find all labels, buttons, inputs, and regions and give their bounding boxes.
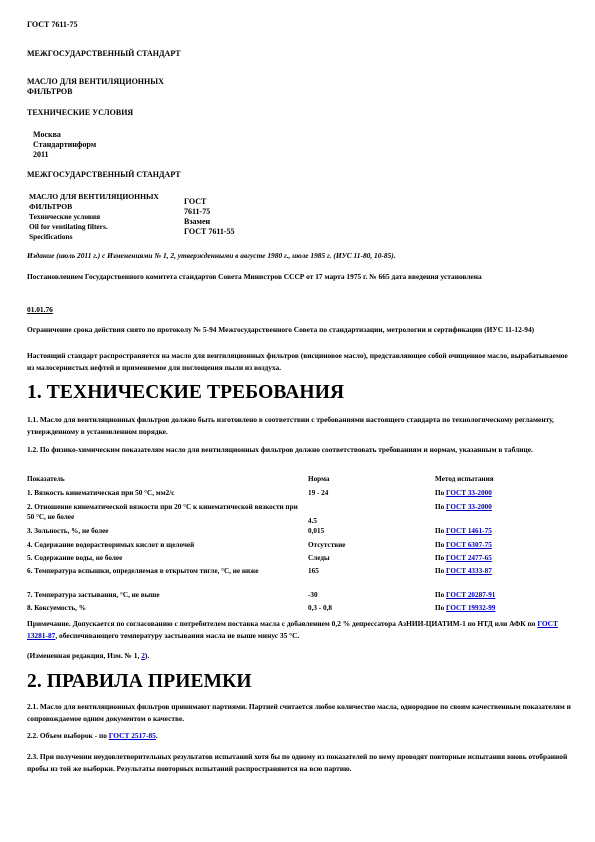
row-indicator: 1. Вязкость кинематическая при 50 °С, мм… — [27, 488, 308, 502]
gost-link[interactable]: ГОСТ 33-2000 — [446, 489, 492, 497]
row-norm: Отсутствие — [308, 540, 435, 553]
row-indicator: 3. Зольность, %, не более — [27, 526, 308, 540]
row-norm: -30 — [308, 590, 435, 603]
row-norm: 4.5 — [308, 516, 435, 526]
header-right-replaces: Взамен — [184, 217, 210, 227]
table-row: 7. Температура застывания, °С, не выше -… — [27, 590, 572, 603]
gost-link[interactable]: ГОСТ 20287-91 — [446, 591, 495, 599]
gost-link[interactable]: ГОСТ 6307-75 — [446, 541, 492, 549]
table-header-row: Показатель Норма Метод испытания — [27, 474, 572, 488]
col-header-norm: Норма — [308, 474, 435, 488]
edition-note: Издание (июль 2011 г.) с Изменениями № 1… — [27, 250, 572, 262]
note-text: Примечание. Допускается по согласованию … — [27, 619, 537, 628]
header-title-line1: МАСЛО ДЛЯ ВЕНТИЛЯЦИОННЫХ — [29, 192, 159, 202]
row-indicator: 8. Коксуемость, % — [27, 603, 308, 616]
row-method: По ГОСТ 33-2000 — [435, 502, 572, 526]
method-prefix: По — [435, 527, 444, 535]
gost-link[interactable]: ГОСТ 2517-85 — [109, 731, 156, 740]
cover-title-line2: ФИЛЬТРОВ — [27, 87, 72, 97]
section2-heading: 2. ПРАВИЛА ПРИЕМКИ — [27, 671, 252, 693]
method-prefix: По — [435, 489, 444, 497]
row-norm: 0,3 - 0,8 — [308, 603, 435, 616]
section2-p2: 2.2. Объем выборок - по ГОСТ 2517-85. — [27, 730, 572, 742]
table-row: 3. Зольность, %, не более 0,015 По ГОСТ … — [27, 526, 572, 540]
table-row: 5. Содержание воды, не более Следы По ГО… — [27, 553, 572, 566]
gost-link[interactable]: ГОСТ 1461-75 — [446, 527, 492, 535]
validity-note: Ограничение срока действия снято по прот… — [27, 324, 572, 336]
requirements-table: Показатель Норма Метод испытания 1. Вязк… — [27, 474, 572, 616]
row-norm: 165 — [308, 566, 435, 590]
header-title-en-line1: Oil for ventilating filters. — [29, 222, 108, 232]
table-row: 8. Коксуемость, % 0,3 - 0,8 По ГОСТ 1993… — [27, 603, 572, 616]
col-header-method: Метод испытания — [435, 474, 572, 488]
method-prefix: По — [435, 503, 444, 511]
method-prefix: По — [435, 554, 444, 562]
table-row: 4. Содержание водорастворимых кислот и щ… — [27, 540, 572, 553]
revision-text: (Измененная редакция, Изм. № 1, — [27, 651, 141, 660]
cover-title-line1: МАСЛО ДЛЯ ВЕНТИЛЯЦИОННЫХ — [27, 77, 164, 87]
col-header-indicator: Показатель — [27, 474, 308, 488]
row-method: По ГОСТ 19932-99 — [435, 603, 572, 616]
table-row: 1. Вязкость кинематическая при 50 °С, мм… — [27, 488, 572, 502]
method-prefix: По — [435, 567, 444, 575]
cover-subtitle: ТЕХНИЧЕСКИЕ УСЛОВИЯ — [27, 108, 133, 118]
section1-heading: 1. ТЕХНИЧЕСКИЕ ТРЕБОВАНИЯ — [27, 382, 344, 404]
header-title-en-line2: Specifications — [29, 232, 73, 242]
table-row: 2. Отношение кинематической вязкости при… — [27, 502, 572, 526]
revision-note: (Измененная редакция, Изм. № 1, 2). — [27, 650, 572, 662]
header-title-ru-sub: Технические условия — [29, 212, 100, 222]
note-text-end: , обеспечивающего температуру застывания… — [55, 631, 299, 640]
document-page: ГОСТ 7611-75 МЕЖГОСУДАРСТВЕННЫЙ СТАНДАРТ… — [0, 0, 595, 842]
row-norm: 19 - 24 — [308, 488, 435, 502]
method-prefix: По — [435, 591, 444, 599]
section2-p3: 2.3. При получении неудовлетворительных … — [27, 751, 572, 774]
table-note: Примечание. Допускается по согласованию … — [27, 618, 572, 641]
section2-p1: 2.1. Масло для вентиляционных фильтров п… — [27, 701, 572, 724]
row-method: По ГОСТ 2477-65 — [435, 553, 572, 566]
cover-standard-type: МЕЖГОСУДАРСТВЕННЫЙ СТАНДАРТ — [27, 49, 181, 59]
row-method: По ГОСТ 4333-87 — [435, 566, 572, 590]
cover-city: Москва — [33, 130, 61, 140]
header-right-old-gost: ГОСТ 7611-55 — [184, 227, 235, 237]
header-right-number: 7611-75 — [184, 207, 210, 217]
p2-text-end: . — [156, 731, 158, 740]
doc-code: ГОСТ 7611-75 — [27, 20, 78, 30]
row-indicator: 7. Температура застывания, °С, не выше — [27, 590, 308, 603]
section1-p1: 1.1. Масло для вентиляционных фильтров д… — [27, 414, 572, 437]
intro-date: 01.01.76 — [27, 304, 572, 316]
p2-text: 2.2. Объем выборок - по — [27, 731, 109, 740]
gost-link[interactable]: ГОСТ 33-2000 — [446, 503, 492, 511]
method-prefix: По — [435, 604, 444, 612]
scope-text: Настоящий стандарт распространяется на м… — [27, 350, 572, 373]
cover-publisher: Стандартинформ — [33, 140, 96, 150]
gost-link[interactable]: ГОСТ 19932-99 — [446, 604, 495, 612]
row-indicator: 2. Отношение кинематической вязкости при… — [27, 502, 302, 526]
gost-link[interactable]: ГОСТ 2477-65 — [446, 554, 492, 562]
row-norm: Следы — [308, 553, 435, 566]
row-method: По ГОСТ 6307-75 — [435, 540, 572, 553]
resolution-text: Постановлением Государственного комитета… — [27, 271, 572, 283]
row-indicator: 5. Содержание воды, не более — [27, 553, 308, 566]
revision-text-end: ). — [145, 651, 149, 660]
row-indicator: 4. Содержание водорастворимых кислот и щ… — [27, 540, 308, 553]
row-method: По ГОСТ 20287-91 — [435, 590, 572, 603]
table-row: 6. Температура вспышки, определяемая в о… — [27, 566, 572, 590]
row-method: По ГОСТ 1461-75 — [435, 526, 572, 540]
row-method: По ГОСТ 33-2000 — [435, 488, 572, 502]
header-standard-type: МЕЖГОСУДАРСТВЕННЫЙ СТАНДАРТ — [27, 170, 181, 180]
cover-year: 2011 — [33, 150, 49, 160]
header-right-gost: ГОСТ — [184, 197, 206, 207]
header-title-line2: ФИЛЬТРОВ — [29, 202, 72, 212]
row-indicator: 6. Температура вспышки, определяемая в о… — [27, 566, 302, 590]
gost-link[interactable]: ГОСТ 4333-87 — [446, 567, 492, 575]
section1-p2: 1.2. По физико-химическим показателям ма… — [27, 444, 572, 456]
method-prefix: По — [435, 541, 444, 549]
row-norm: 0,015 — [308, 526, 435, 540]
